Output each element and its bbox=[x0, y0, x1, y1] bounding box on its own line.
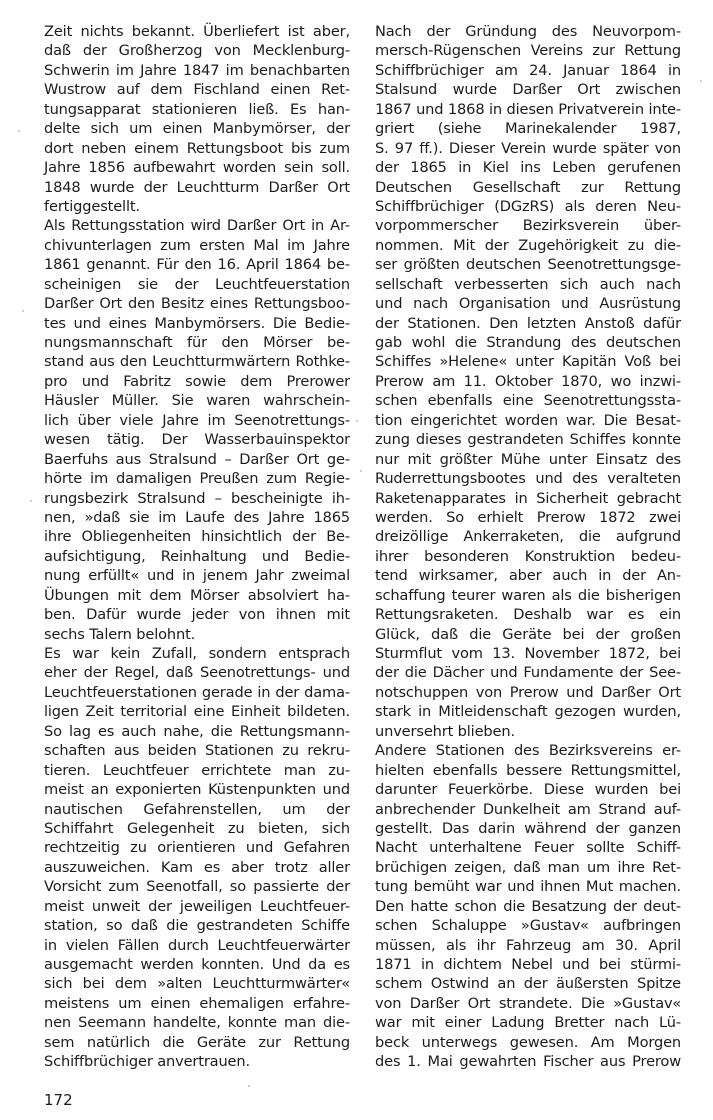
text-line: auszuweichen. Kam es aber trotz aller bbox=[44, 858, 350, 877]
text-line: Den hatte schon die Besatzung der deut- bbox=[375, 897, 681, 916]
text-line: tend wirksamer, aber auch in der An- bbox=[375, 566, 681, 585]
text-line: beck unterwegs gewesen. Am Morgen bbox=[375, 1033, 681, 1052]
text-line: meistens um einen ehemaligen erfahre- bbox=[44, 994, 350, 1013]
text-line: Sturmflut vom 13. November 1872, bei bbox=[375, 644, 681, 663]
text-line: sem natürlich die Geräte zur Rettung bbox=[44, 1033, 350, 1052]
text-line: rechtzeitig zu orientieren und Gefahren bbox=[44, 838, 350, 857]
text-line: Schwerin im Jahre 1847 im benachbarten bbox=[44, 61, 350, 80]
text-line: tes und eines Manbymörsers. Die Bedie- bbox=[44, 314, 350, 333]
text-line: daß der Großherzog von Mecklenburg- bbox=[44, 41, 350, 60]
text-line: unversehrt blieben. bbox=[375, 722, 681, 741]
text-line: Es war kein Zufall, sondern entsprach bbox=[44, 644, 350, 663]
text-line: schen Schaluppe »Gustav« aufbringen bbox=[375, 916, 681, 935]
text-line: Nach der Gründung des Neuvorpom- bbox=[375, 22, 681, 41]
text-line: 1861 genannt. Für den 16. April 1864 be- bbox=[44, 255, 350, 274]
text-line: Glück, daß die Geräte bei der großen bbox=[375, 625, 681, 644]
scan-speck bbox=[700, 80, 702, 82]
text-line: 1848 wurde der Leuchtturm Darßer Ort bbox=[44, 178, 350, 197]
text-line: stark in Mitleidenschaft gezogen wurden, bbox=[375, 702, 681, 721]
text-line: Prerow am 11. Oktober 1870, wo inzwi- bbox=[375, 372, 681, 391]
text-line: meist unweit der jeweiligen Leuchtfeuer- bbox=[44, 897, 350, 916]
text-line: Jahre 1856 aufbewahrt worden sein soll. bbox=[44, 158, 350, 177]
text-line: Schiffbrüchiger am 24. Januar 1864 in bbox=[375, 61, 681, 80]
text-line: tion eingerichtet worden war. Die Besat- bbox=[375, 411, 681, 430]
text-line: des 1. Mai gewahrten Fischer aus Prerow bbox=[375, 1052, 681, 1071]
text-line: So lag es auch nahe, die Rettungsmann- bbox=[44, 722, 350, 741]
text-line: Schiffahrt Gelegenheit zu bieten, sich bbox=[44, 819, 350, 838]
text-line: Deutschen Gesellschaft zur Rettung bbox=[375, 178, 681, 197]
text-line: ligen Zeit territorial eine Einheit bild… bbox=[44, 702, 350, 721]
text-line: tieren. Leuchtfeuer errichtete man zu- bbox=[44, 761, 350, 780]
text-line: aufsichtigung, Reinhaltung und Bedie- bbox=[44, 547, 350, 566]
text-line: Nacht unterhaltene Feuer sollte Schiff- bbox=[375, 838, 681, 857]
text-line: Häusler Müller. Sie waren wahrschein- bbox=[44, 391, 350, 410]
scan-speck bbox=[18, 130, 20, 132]
text-line: ihrer besonderen Konstruktion bedeu- bbox=[375, 547, 681, 566]
text-line: in vielen Fällen durch Leuchtfeuerwärter bbox=[44, 936, 350, 955]
page-number: 172 bbox=[44, 1090, 73, 1110]
text-line: meist an exponierten Küstenpunkten und bbox=[44, 780, 350, 799]
text-line: von Darßer Ort strandete. Die »Gustav« bbox=[375, 994, 681, 1013]
text-line: ausgemacht werden konnten. Und da es bbox=[44, 955, 350, 974]
text-line: 1871 in dichtem Nebel und bei stürmi- bbox=[375, 955, 681, 974]
text-line: pro und Fabritz sowie dem Prerower bbox=[44, 372, 350, 391]
text-line: eher der Regel, daß Seenotrettungs- und bbox=[44, 663, 350, 682]
text-line: darunter Feuerkörbe. Diese wurden bei bbox=[375, 780, 681, 799]
text-line: ser größten deutschen Seenotrettungsge- bbox=[375, 255, 681, 274]
text-line: lich über viele Jahre im Seenotrettungs- bbox=[44, 411, 350, 430]
text-line: Übungen mit dem Mörser absolviert ha- bbox=[44, 586, 350, 605]
text-line: Vorsicht zum Seenotfall, so passierte de… bbox=[44, 877, 350, 896]
text-line: scheinigen sie der Leuchtfeuerstation bbox=[44, 275, 350, 294]
right-text-column: Nach der Gründung des Neuvorpom-mersch-R… bbox=[375, 22, 681, 1072]
scan-speck bbox=[248, 1085, 250, 1087]
text-line: schem Ostwind an der äußersten Spitze bbox=[375, 974, 681, 993]
text-line: werden. So erhielt Prerow 1872 zwei bbox=[375, 508, 681, 527]
text-line: station, so daß die gestrandeten Schiffe bbox=[44, 916, 350, 935]
text-line: dort neben einem Rettungsboot bis zum bbox=[44, 139, 350, 158]
text-line: der 1865 in Kiel ins Leben gerufenen bbox=[375, 158, 681, 177]
text-line: sich bei dem »alten Leuchtturmwärter« bbox=[44, 974, 350, 993]
text-line: Als Rettungsstation wird Darßer Ort in A… bbox=[44, 216, 350, 235]
text-line: dreizöllige Ankerraketen, die aufgrund bbox=[375, 527, 681, 546]
text-line: tung bemüht war und ihnen Mut machen. bbox=[375, 877, 681, 896]
text-line: mersch-Rügenschen Vereins zur Rettung bbox=[375, 41, 681, 60]
text-line: notschuppen von Prerow und Darßer Ort bbox=[375, 683, 681, 702]
text-line: griert (siehe Marinekalender 1987, bbox=[375, 119, 681, 138]
text-line: gestellt. Das darin während der ganzen bbox=[375, 819, 681, 838]
scan-speck bbox=[22, 310, 24, 312]
text-line: Raketenapparates in Sicherheit gebracht bbox=[375, 489, 681, 508]
text-line: stand aus den Leuchtturmwärtern Rothke- bbox=[44, 352, 350, 371]
text-line: hielten ebenfalls bessere Rettungsmittel… bbox=[375, 761, 681, 780]
text-line: Schiffbrüchiger anvertrauen. bbox=[44, 1052, 350, 1071]
text-line: zung dieses gestrandeten Schiffes konnte bbox=[375, 430, 681, 449]
text-line: fertiggestellt. bbox=[44, 197, 350, 216]
text-line: wesen tätig. Der Wasserbauinspektor bbox=[44, 430, 350, 449]
text-line: nungsmannschaft für den Mörser be- bbox=[44, 333, 350, 352]
text-line: Zeit nichts bekannt. Überliefert ist abe… bbox=[44, 22, 350, 41]
text-line: delte sich um einen Manbymörser, der bbox=[44, 119, 350, 138]
text-line: schaffung teurer waren als die bisherige… bbox=[375, 586, 681, 605]
text-line: nur mit größter Mühe unter Einsatz des bbox=[375, 450, 681, 469]
text-line: sechs Talern belohnt. bbox=[44, 625, 350, 644]
text-line: schaften aus beiden Stationen zu rekru- bbox=[44, 741, 350, 760]
text-line: nautischen Gefahrenstellen, um der bbox=[44, 800, 350, 819]
text-line: Baerfuhs aus Stralsund – Darßer Ort ge- bbox=[44, 450, 350, 469]
text-line: nommen. Mit der Zugehörigkeit zu die- bbox=[375, 236, 681, 255]
text-line: Schiffes »Helene« unter Kapitän Voß bei bbox=[375, 352, 681, 371]
text-line: hörte im damaligen Preußen zum Regie- bbox=[44, 469, 350, 488]
text-line: rungsbezirk Stralsund – bescheinigte ih- bbox=[44, 489, 350, 508]
text-line: Schiffbrüchiger (DGzRS) als deren Neu- bbox=[375, 197, 681, 216]
scan-speck bbox=[360, 470, 362, 472]
left-text-column: Zeit nichts bekannt. Überliefert ist abe… bbox=[44, 22, 350, 1072]
text-line: S. 97 ff.). Dieser Verein wurde später v… bbox=[375, 139, 681, 158]
text-line: Wustrow auf dem Fischland einen Ret- bbox=[44, 80, 350, 99]
text-line: sellschaft verbesserten sich auch nach bbox=[375, 275, 681, 294]
text-line: tungsapparat stationieren ließ. Es han- bbox=[44, 100, 350, 119]
text-line: schen ebenfalls eine Seenotrettungssta- bbox=[375, 391, 681, 410]
scan-speck bbox=[356, 420, 358, 422]
text-line: müssen, als ihr Fahrzeug am 30. April bbox=[375, 936, 681, 955]
text-line: vorpommerscher Bezirksverein über- bbox=[375, 216, 681, 235]
text-line: Andere Stationen des Bezirksvereins er- bbox=[375, 741, 681, 760]
text-line: nung erfüllt« und in jenem Jahr zweimal bbox=[44, 566, 350, 585]
text-line: war mit einer Ladung Bretter nach Lü- bbox=[375, 1013, 681, 1032]
text-line: 1867 und 1868 in diesen Privatverein int… bbox=[375, 100, 681, 119]
text-line: Leuchtfeuerstationen gerade in der dama- bbox=[44, 683, 350, 702]
text-line: nen, »daß sie im Laufe des Jahre 1865 bbox=[44, 508, 350, 527]
text-line: und nach Organisation und Ausrüstung bbox=[375, 294, 681, 313]
text-line: chivunterlagen zum ersten Mal im Jahre bbox=[44, 236, 350, 255]
text-line: Ruderrettungsbootes und des veralteten bbox=[375, 469, 681, 488]
text-line: nen Seemann handelte, konnte man die- bbox=[44, 1013, 350, 1032]
text-line: anbrechender Dunkelheit am Strand auf- bbox=[375, 800, 681, 819]
text-line: ben. Dafür wurde jeder von ihnen mit bbox=[44, 605, 350, 624]
text-line: der Stationen. Den letzten Anstoß dafür bbox=[375, 314, 681, 333]
text-line: ihre Obliegenheiten hinsichtlich der Be- bbox=[44, 527, 350, 546]
text-line: gab wohl die Strandung des deutschen bbox=[375, 333, 681, 352]
scan-speck bbox=[30, 500, 32, 502]
text-line: Darßer Ort den Besitz eines Rettungsboo- bbox=[44, 294, 350, 313]
text-line: Stalsund wurde Darßer Ort zwischen bbox=[375, 80, 681, 99]
text-line: brüchigen zeigen, daß man um ihre Ret- bbox=[375, 858, 681, 877]
text-line: der die Dächer und Fundamente der See- bbox=[375, 663, 681, 682]
text-line: Rettungsraketen. Deshalb war es ein bbox=[375, 605, 681, 624]
